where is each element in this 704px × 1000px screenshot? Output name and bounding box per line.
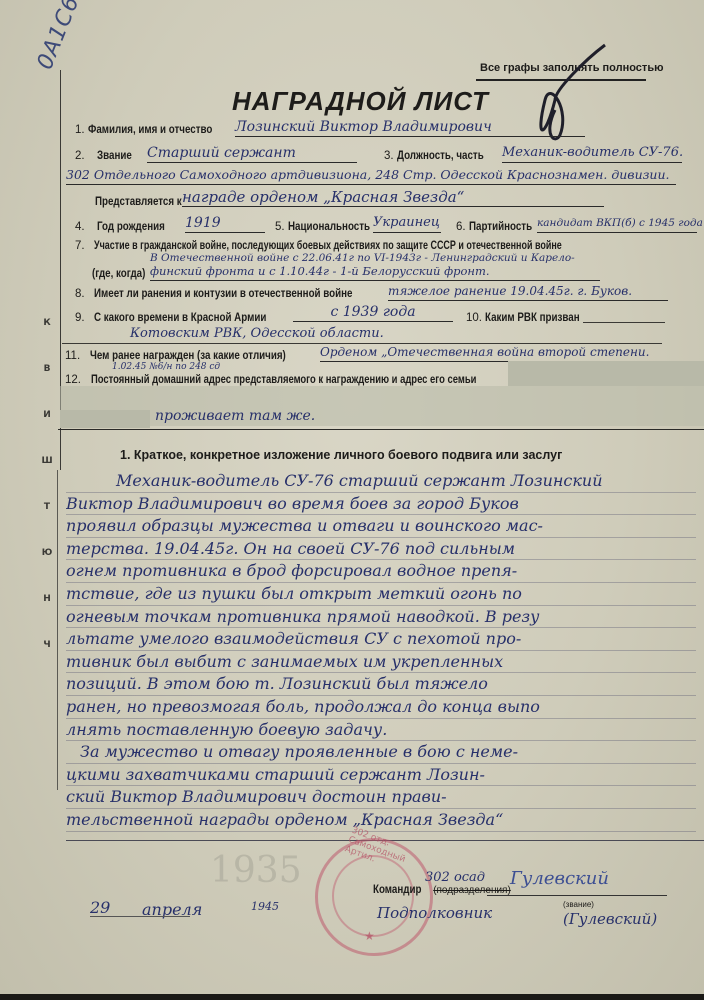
field-label: Представляется к — [95, 196, 182, 208]
redacted-address-prefix — [60, 410, 150, 428]
field-7-label: 7. Участие в гражданской войне, последую… — [75, 240, 694, 252]
award-value: награде орденом „Красная Звезда“ — [182, 190, 604, 207]
field-10-label: 10. Каким РВК призван — [466, 312, 597, 324]
field-label: Каким РВК призван — [485, 312, 580, 324]
award-sheet-page: 0A1C6 К В И Ш Т Ю Н Ч Все графы заполнят… — [0, 0, 704, 994]
field-6-label: 6. Партийность — [456, 221, 543, 233]
field-label: Партийность — [469, 221, 532, 233]
field-label: С какого времени в Красной Армии — [94, 312, 266, 324]
field-1-label: 1. Фамилия, имя и отчество — [75, 124, 234, 136]
star-icon: ★ — [364, 929, 375, 943]
field-3-label: 3. Должность, часть — [384, 150, 499, 162]
signature-line — [487, 895, 667, 896]
field-7-where-when: (где, когда) — [92, 268, 155, 280]
address-value: проживает там же. — [155, 408, 315, 424]
narrative-line: позиций. В этом бою т. Лозинский был тяж… — [66, 673, 696, 696]
narrative-line: лнять поставленную боевую задачу. — [66, 719, 696, 742]
field-number: 11. — [65, 350, 80, 362]
field-number: 10. — [466, 312, 482, 324]
field-label: Звание — [97, 150, 132, 162]
field-number: 1. — [75, 124, 85, 136]
field-number: 7. — [75, 240, 85, 252]
date-day: 29 — [90, 898, 110, 917]
field-label: Национальность — [288, 221, 370, 233]
narrative-line: ранен, но превозмогая боль, продолжал до… — [66, 696, 696, 719]
war-participation-line2: финский фронта и с 1.10.44г - 1-й Белору… — [150, 264, 600, 281]
page-title: НАГРАДНОЙ ЛИСТ — [232, 86, 489, 117]
army-since-value: с 1939 года — [293, 305, 453, 322]
narrative-line: Виктор Владимирович во время боев за гор… — [66, 493, 696, 516]
margin-letter: Ч — [40, 622, 54, 668]
commander-signature: Гулевский — [510, 868, 609, 889]
scan-edge — [0, 994, 704, 1000]
field-label: Постоянный домашний адрес представляемог… — [91, 374, 476, 386]
margin-letter: Ш — [40, 438, 54, 484]
field-number: 4. — [75, 221, 85, 233]
unit-handwritten: 302 осад — [425, 870, 485, 885]
unit-value: 302 Отдельного Самоходного артдивизиона,… — [66, 168, 676, 185]
narrative-line: огнем противника в брод форсировал водно… — [66, 560, 696, 583]
nationality-value: Украинец — [373, 216, 441, 233]
margin-index-letters: К В И Ш Т Ю Н Ч — [40, 300, 54, 668]
date-underline — [90, 916, 190, 917]
margin-rule-lower — [57, 470, 58, 790]
redacted-address — [508, 361, 704, 386]
archive-mark: 0A1C6 — [33, 0, 85, 73]
field-2-label: 2. Звание — [75, 150, 138, 162]
field-label: Командир — [373, 884, 421, 896]
field-number: 3. — [384, 150, 394, 162]
war-participation-line1: В Отечественной войне с 22.06.41г по VI-… — [150, 252, 575, 264]
field-number: 8. — [75, 288, 85, 300]
section-divider — [58, 429, 704, 430]
field-number: 2. — [75, 150, 85, 162]
rank-hint: (звание) — [563, 900, 594, 909]
date-year: 1945 — [251, 900, 279, 913]
party-value: кандидат ВКП(б) с 1945 года — [537, 216, 697, 233]
margin-letter: Ю — [40, 530, 54, 576]
field-label: Участие в гражданской войне, последующих… — [94, 240, 562, 252]
rank-value: Старший сержант — [147, 146, 357, 163]
narrative-line: цкими захватчиками старший сержант Лозин… — [66, 764, 696, 787]
narrative-line: тельственной награды орденом „Красная Зв… — [66, 809, 696, 832]
field-number: 9. — [75, 312, 85, 324]
margin-letter: К — [40, 300, 54, 346]
narrative-line: проявил образцы мужества и отваги и воин… — [66, 515, 696, 538]
narrative-line: тивник был выбит с занимаемых им укрепле… — [66, 651, 696, 674]
wounds-value: тяжелое ранение 19.04.45г. г. Буков. — [388, 284, 668, 301]
previous-awards-value: Орденом „Отечественная война второй степ… — [320, 345, 695, 362]
field-number: 5. — [275, 221, 285, 233]
narrative-line: За мужество и отвагу проявленные в бою с… — [66, 741, 696, 764]
field-label: (где, когда) — [92, 268, 145, 280]
field-number: 12. — [65, 374, 81, 386]
narrative-line: терства. 19.04.45г. Он на своей СУ-76 по… — [66, 538, 696, 561]
bleed-through-number: 1935 — [210, 850, 302, 891]
field-label: Должность, часть — [397, 150, 484, 162]
field-9-label: 9. С какого времени в Красной Армии — [75, 312, 297, 324]
field-8-label: 8. Имеет ли ранения и контузии в отечест… — [75, 288, 398, 300]
field-label: Год рождения — [97, 221, 165, 233]
narrative-line: огневым точкам противника прямой наводко… — [66, 606, 696, 629]
section-1-title: 1. Краткое, конкретное изложение личного… — [120, 448, 562, 462]
margin-letter: Н — [40, 576, 54, 622]
field-label: Имеет ли ранения и контузии в отечествен… — [94, 288, 352, 300]
divider — [62, 343, 662, 344]
margin-letter: Т — [40, 484, 54, 530]
field-number: 6. — [456, 221, 466, 233]
narrative-line: ский Виктор Владимирович достоин прави- — [66, 786, 696, 809]
field-4-label: 4. Год рождения — [75, 221, 177, 233]
field-12-label: 12. Постоянный домашний адрес представля… — [65, 374, 561, 386]
field-5-label: 5. Национальность — [275, 221, 384, 233]
birth-year-value: 1919 — [185, 216, 265, 233]
rvk-underline — [583, 322, 665, 323]
field-11-label: 11. Чем ранее награжден (за какие отличи… — [65, 350, 320, 362]
narrative-line: Механик-водитель СУ-76 старший сержант Л… — [66, 470, 696, 493]
unit-seal-stamp: 302 отд. Самоходный Артил. ★ — [315, 838, 433, 956]
margin-letter: В — [40, 346, 54, 392]
narrative-line: тствие, где из пушки был открыт меткий о… — [66, 583, 696, 606]
feat-description: Механик-водитель СУ-76 старший сержант Л… — [66, 470, 696, 832]
field-label: Чем ранее награжден (за какие отличия) — [90, 350, 286, 362]
field-label: Фамилия, имя и отчество — [88, 124, 212, 136]
rvk-value: Котовским РВК, Одесской области. — [130, 326, 384, 341]
full-name-value: Лозинский Виктор Владимирович — [235, 120, 585, 137]
margin-letter: И — [40, 392, 54, 438]
commander-rank: Подполковник — [377, 904, 492, 922]
previous-awards-note: 1.02.45 №6/н по 248 сд — [112, 362, 220, 372]
position-value: Механик-водитель СУ-76. — [502, 146, 682, 163]
narrative-line: льтате умелого взаимодействия СУ с пехот… — [66, 628, 696, 651]
commander-name: (Гулевский) — [563, 910, 657, 928]
